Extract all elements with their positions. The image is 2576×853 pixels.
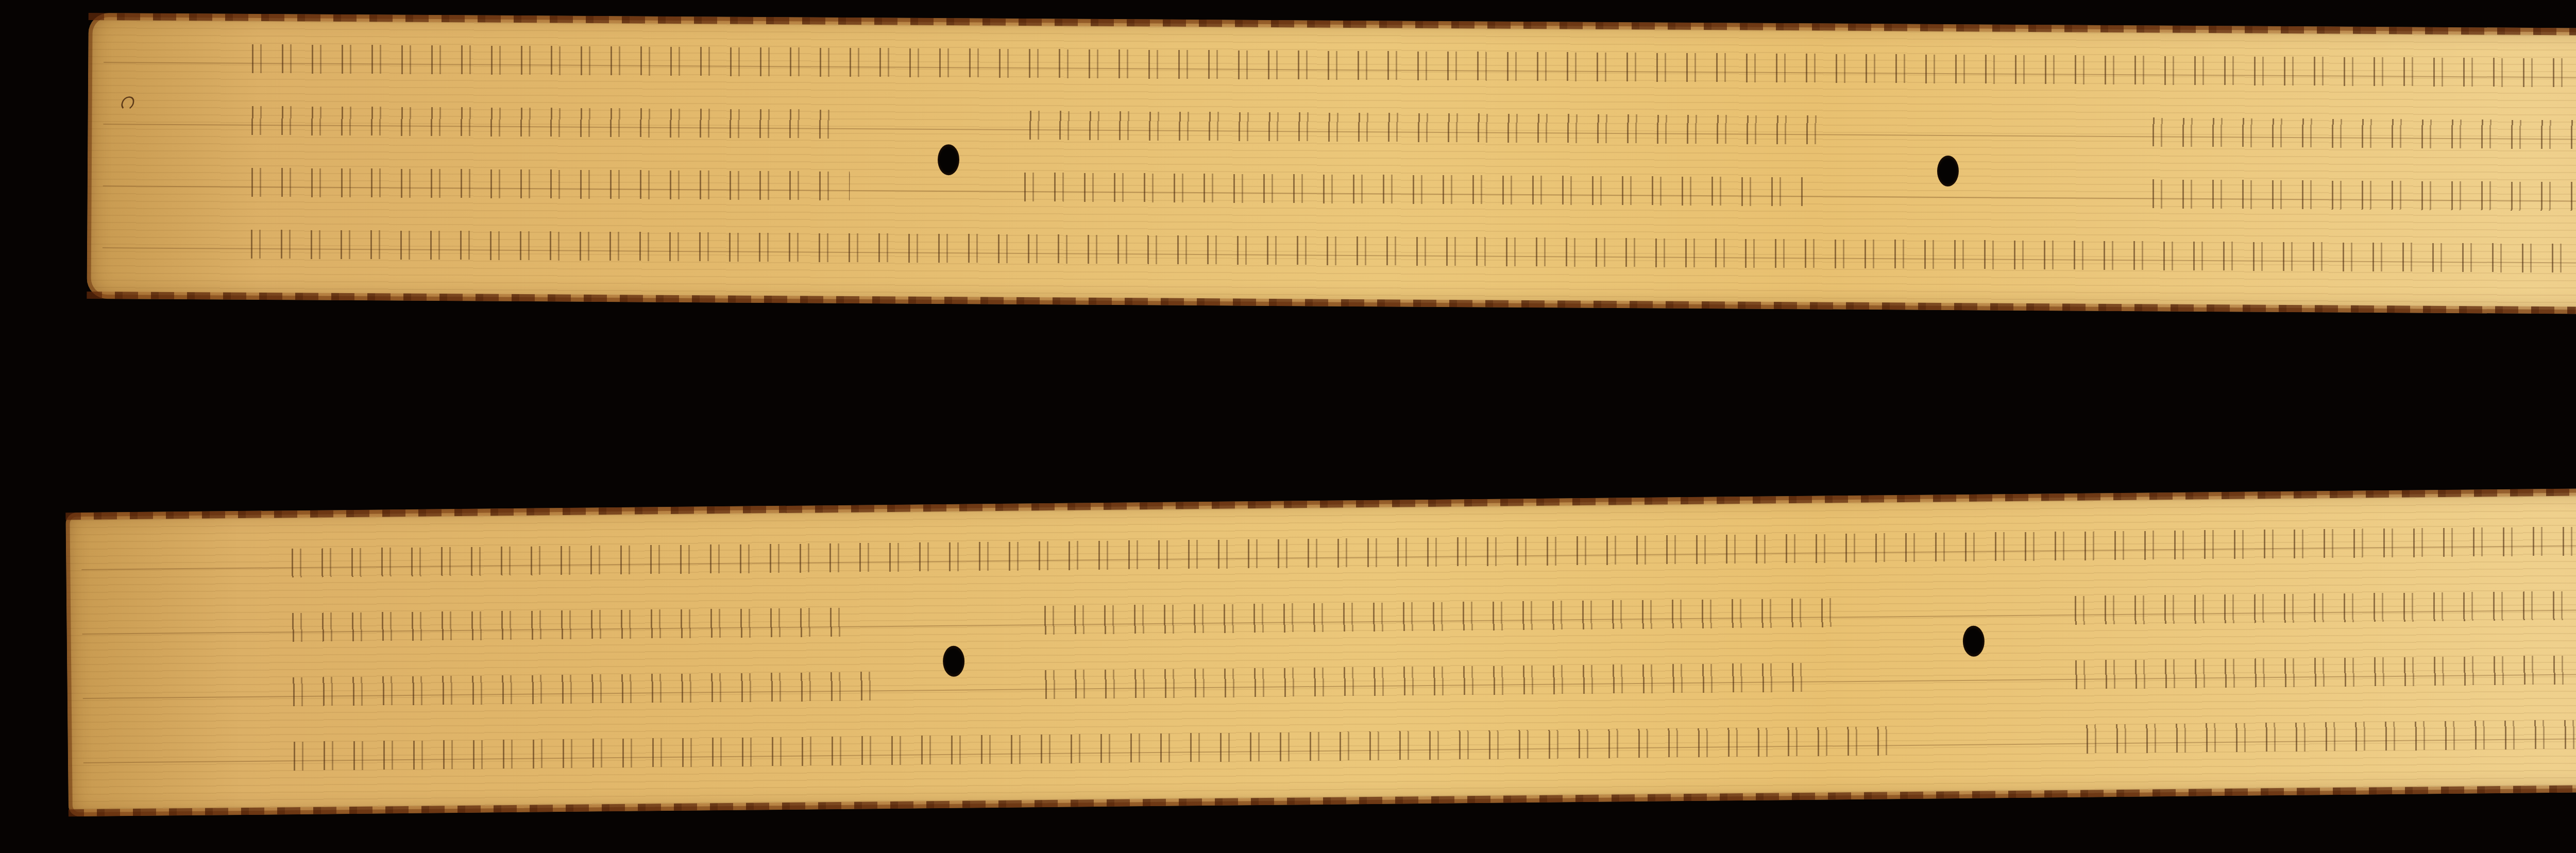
palm-leaf-top: ဂ Line 1: full-width incised Burmese scr… <box>87 13 2576 316</box>
script-line-3-middle <box>1036 656 1819 713</box>
incised-script <box>2077 711 2576 767</box>
script-line-2-middle <box>1020 104 1829 158</box>
script-line-3-right <box>2066 647 2576 703</box>
script-line-2-middle <box>1035 591 1839 648</box>
binding-hole-left <box>943 646 965 677</box>
incised-script <box>283 601 850 656</box>
incised-script <box>242 99 830 152</box>
script-line-2-left: Line 2: script in three blocks separated… <box>283 601 850 656</box>
script-line-3-middle <box>1014 165 1808 219</box>
incised-script <box>1014 165 1808 219</box>
script-line-4-right <box>2077 711 2576 767</box>
script-line-1: Line 1: full-width incised Burmese scrip… <box>243 37 2576 103</box>
binding-hole-left <box>938 144 959 175</box>
incised-script <box>2066 647 2576 703</box>
script-line-2-right <box>2143 110 2576 164</box>
palm-leaf-bottom: Line 1: full-width incised Burmese scrip… <box>65 485 2576 817</box>
leaf-edge-bottom <box>69 781 2576 817</box>
incised-script <box>282 517 2576 591</box>
script-line-4: Line 4: full-width incised Burmese scrip… <box>242 223 2576 287</box>
leaf-edge-bottom <box>87 292 2576 316</box>
incised-script <box>284 719 1907 784</box>
script-line-3-left: Line 3: script in three blocks separated… <box>242 161 850 214</box>
leaf-edge-top <box>65 485 2576 520</box>
script-line-1: Line 1: full-width incised Burmese scrip… <box>282 517 2576 591</box>
binding-hole-right <box>1963 626 1985 657</box>
script-line-3-left: Line 3: script in three blocks separated… <box>283 664 882 720</box>
incised-script <box>242 223 2576 287</box>
script-line-2-left: Line 2: script in three blocks separated… <box>242 99 830 152</box>
script-line-3-right <box>2143 172 2576 225</box>
incised-script <box>1020 104 1829 158</box>
script-line-2-right <box>2065 583 2576 638</box>
incised-script <box>283 664 882 720</box>
incised-script <box>242 161 850 214</box>
incised-script <box>1035 591 1839 648</box>
leaf-edge-top <box>89 13 2576 38</box>
incised-script <box>2143 110 2576 164</box>
leaf-number: ဂ <box>118 82 134 122</box>
incised-script <box>2065 583 2576 638</box>
incised-script <box>1036 656 1819 713</box>
incised-script <box>2143 172 2576 225</box>
script-line-4-left: Line 4: script in two blocks, partial wi… <box>284 719 1907 784</box>
incised-script <box>243 37 2576 103</box>
binding-hole-right <box>1937 156 1959 186</box>
